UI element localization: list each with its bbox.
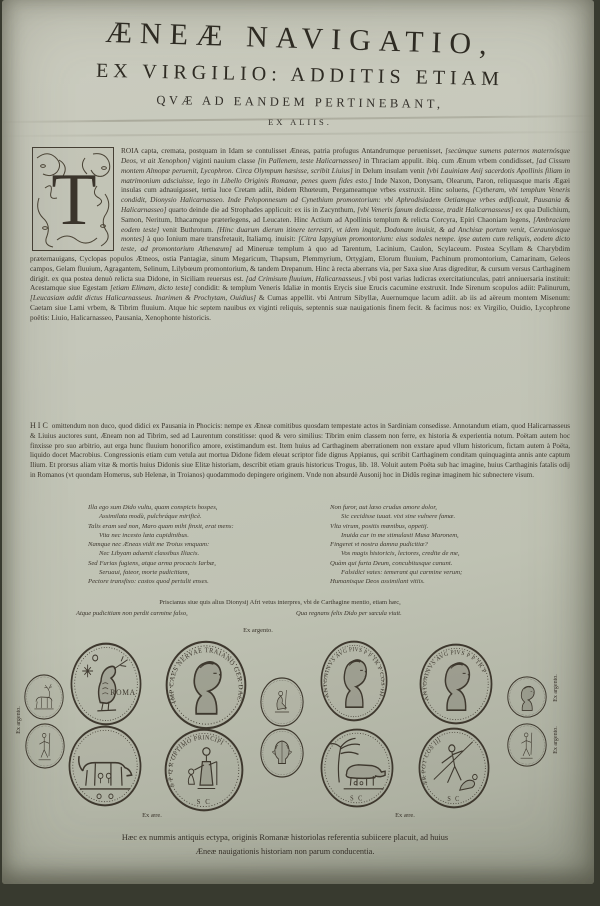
coin-small-stag: [24, 674, 64, 720]
coin-eagle-roma: ROMA: [70, 642, 142, 726]
para1-italic-note: [Leucasiam addit dictus Halicarnasseus. …: [30, 293, 259, 302]
poem-line: Illa ego sum Dido vultu, quam conspicis …: [88, 503, 333, 512]
coin-small-seated: [260, 677, 304, 727]
label-ex-argento-left: Ex argento.: [16, 697, 22, 743]
para1-text: in Delum insulam venit: [355, 166, 427, 175]
para1-text: quarto deinde die ad Strophades applicui…: [168, 205, 357, 214]
paragraph-1: T ROIA capta, cremata, postquam in Idam …: [30, 146, 570, 322]
para1-text: condidit: & templum Veneris Idaliæ in mo…: [194, 283, 570, 292]
para1-italic-note: [in Pallenem, teste Halicarnasseo]: [258, 156, 364, 165]
coin-small-figure-right: [507, 723, 547, 767]
poem-line: Vos magis historicis, lectores, credite …: [341, 549, 565, 558]
para2-lead-caps: HIC: [30, 421, 50, 430]
para1-italic-note: [etiam Elimam, dicto teste]: [110, 283, 194, 292]
coin-small-janus: [260, 728, 304, 778]
coin-exergue: S C: [197, 798, 212, 806]
coin-small-figure-left: [25, 723, 65, 769]
coin-trajan-bust: IMP CAES NERVAE TRAIANO GER DAC P M TR P…: [165, 640, 247, 730]
poem-right: Non furor, aut læso crudus amore dolor,S…: [330, 503, 565, 587]
priscianus-line-left: Atque pudicitiam non perdit carmine fals…: [76, 610, 188, 617]
coin-spqr-optimo-principi: S P Q R OPTIMO PRINCIPIS C: [164, 728, 244, 812]
poem-line: Nec Libyam aduenit classibus Iliacis.: [99, 549, 333, 558]
label-ex-argento-right-2: Ex argento.: [553, 717, 559, 763]
poem-left: Illa ego sum Dido vultu, quam conspicis …: [88, 503, 333, 587]
poem-line: Vlta virum, positis mœnibus, oppetij.: [330, 522, 565, 531]
para1-italic-note: [ad Crimisum fluuium, Halicarnasseus.]: [246, 274, 368, 283]
poem-line: Talis eram sed non, Maro quam mihi finxi…: [88, 522, 333, 531]
poem-line: Pectore transfixo: castos quod pertulit …: [88, 577, 333, 586]
poem-line: Sed Furias fugiens, atque arma procacis …: [88, 559, 333, 568]
coin-exergue: S C: [350, 795, 364, 802]
para1-text: viginti nauium classe: [192, 156, 257, 165]
coin-inscription: ROMA: [110, 687, 136, 697]
initial-letter: T: [51, 159, 96, 241]
poem-line: Fingeret vt nostra damna pudicitiæ?: [330, 540, 565, 549]
title-line-4: EX ALIIS.: [0, 117, 600, 127]
poem-line: Sic cecidisse iuuat. vixi sine vulnere f…: [341, 512, 565, 521]
priscianus-intro: Priscianus siue quis alius Dionysij Afri…: [90, 599, 470, 606]
para1-text: à quo Ionium mare transfretauit, Italiam…: [147, 234, 298, 243]
poem-line: Seruaui, fateor, morte pudicitiam,: [99, 568, 333, 577]
coin-sow-under-tree: S C: [320, 728, 394, 808]
caption-line-2: Æneæ nauigationis historiam non parum co…: [20, 847, 550, 856]
label-ex-aere-1: Ex ære.: [112, 812, 192, 819]
woodcut-initial-art: T: [33, 148, 115, 252]
coin-warrior-spear: TR POT COS IIIS C: [418, 727, 490, 809]
poem-line: Assimilata modù, pulchráque mirificè.: [99, 512, 333, 521]
poem-line: Inuida cur in me stimulasti Musa Maronem…: [341, 531, 565, 540]
poem-line: Quàm qui furta Deum, concubitusque canun…: [330, 559, 565, 568]
poem-line: Non furor, aut læso crudus amore dolor,: [330, 503, 565, 512]
label-ex-argento-top: Ex argento.: [198, 627, 318, 634]
book-page-photo: ÆNEÆ NAVIGATIO, EX VIRGILIO: ADDITIS ETI…: [0, 0, 600, 906]
para1-text: in Thraciam appulit. ibiq. cum Ænum vrbe…: [364, 156, 537, 165]
coin-exergue: S C: [447, 796, 460, 803]
label-ex-aere-2: Ex ære.: [365, 812, 445, 819]
coin-she-wolf-twins: [68, 725, 142, 807]
poem-line: Humanisque Deos assimilant vitiis.: [330, 577, 565, 586]
poem-line: Vita nec incesto læta cupidinibus.: [99, 531, 333, 540]
label-ex-argento-right-1: Ex argento.: [553, 665, 559, 711]
coin-antoninus-pius-2: ANTONINVS AVG PIVS P P TR P: [419, 643, 493, 725]
decorated-initial: T: [32, 147, 114, 251]
poem-line: Namque nec Æneas vidit me Troius vmquam:: [88, 540, 333, 549]
para1-text: ROIA capta, cremata, postquam in Idam se…: [121, 146, 445, 155]
poem-line: Falsidici vates: temerant qui carmine ve…: [341, 568, 565, 577]
para1-text: venit Buthrotum.: [162, 225, 216, 234]
paragraph-2: HIC omittendum non duco, quod didici ex …: [30, 421, 570, 480]
coin-small-head: [507, 676, 547, 718]
para2-body: omittendum non duco, quod didici ex Paus…: [30, 422, 570, 479]
caption-line-1: Hæc ex nummis antiquis ectypa, originis …: [20, 833, 550, 842]
coin-antoninus-pius-1: ANTONINVS AVG PIVS P P TR P COS III: [320, 640, 388, 722]
priscianus-line-right: Qua regnans felix Dido per sæcula viuit.: [296, 610, 402, 617]
para1-italic-note: [vbi Veneris fanum dedicasse, tradit Hal…: [357, 205, 515, 214]
